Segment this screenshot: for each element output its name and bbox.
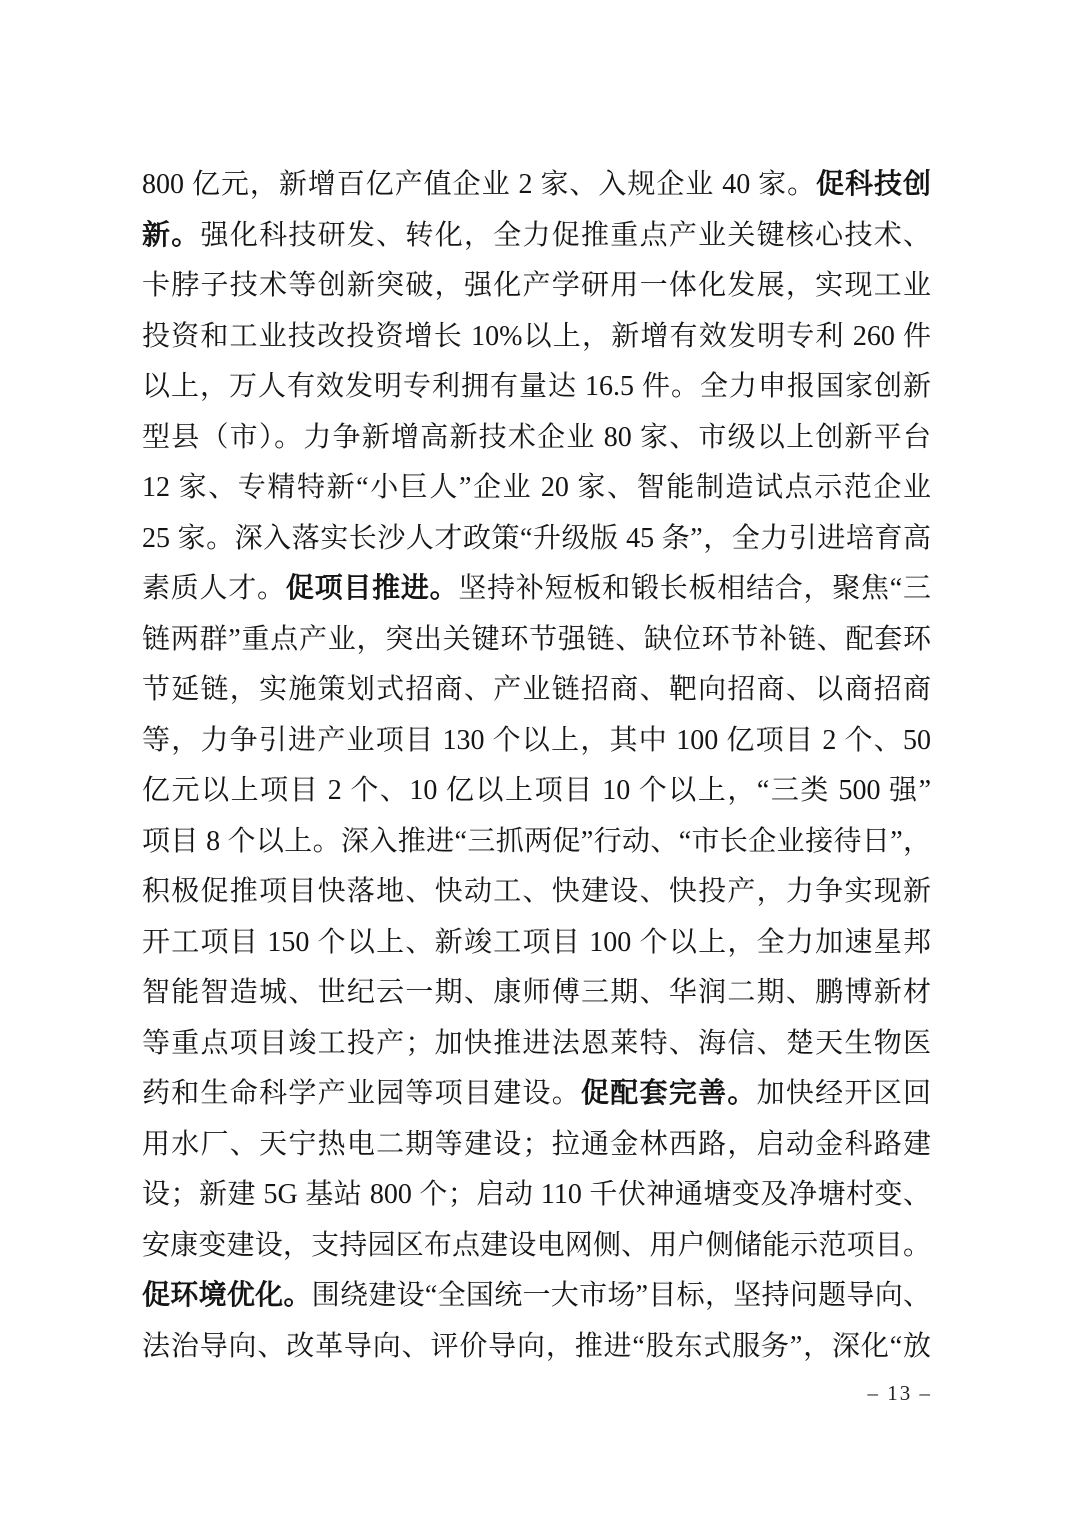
text-run: 积极促推项目快落地、快动工、快建设、快投产，力争实现新 xyxy=(142,876,931,907)
bold-heading-run: 促科技创 xyxy=(816,169,931,200)
text-run: 设；新建 5G 基站 800 个；启动 110 千伏神通塘变及净塘村变、 xyxy=(142,1179,931,1210)
text-line: 安康变建设，支持园区布点建设电网侧、用户侧储能示范项目。 xyxy=(142,1221,931,1272)
text-run: 用水厂、天宁热电二期等建设；拉通金林西路，启动金科路建 xyxy=(142,1129,931,1160)
text-run: 亿元以上项目 2 个、10 亿以上项目 10 个以上，“三类 500 强” xyxy=(142,775,931,806)
text-run: 安康变建设，支持园区布点建设电网侧、用户侧储能示范项目。 xyxy=(142,1230,931,1261)
text-line: 12 家、专精特新“小巨人”企业 20 家、智能制造试点示范企业 xyxy=(142,463,931,514)
text-run: 等，力争引进产业项目 130 个以上，其中 100 亿项目 2 个、50 xyxy=(142,725,931,756)
text-line: 型县（市）。力争新增高新技术企业 80 家、市级以上创新平台 xyxy=(142,413,931,464)
text-line: 等重点项目竣工投产；加快推进法恩莱特、海信、楚天生物医 xyxy=(142,1019,931,1070)
text-run: 等重点项目竣工投产；加快推进法恩莱特、海信、楚天生物医 xyxy=(142,1028,931,1059)
text-run: 卡脖子技术等创新突破，强化产学研用一体化发展，实现工业 xyxy=(142,270,931,301)
text-line: 以上，万人有效发明专利拥有量达 16.5 件。全力申报国家创新 xyxy=(142,362,931,413)
text-line: 25 家。深入落实长沙人才政策“升级版 45 条”，全力引进培育高 xyxy=(142,514,931,565)
text-run: 投资和工业技改投资增长 10%以上，新增有效发明专利 260 件 xyxy=(142,321,931,352)
text-line: 节延链，实施策划式招商、产业链招商、靶向招商、以商招商 xyxy=(142,665,931,716)
text-line: 卡脖子技术等创新突破，强化产学研用一体化发展，实现工业 xyxy=(142,261,931,312)
text-run: 药和生命科学产业园等项目建设。 xyxy=(142,1078,581,1109)
text-run: 坚持补短板和锻长板相结合，聚焦“三 xyxy=(458,573,931,604)
text-run: 加快经开区回 xyxy=(757,1078,931,1109)
document-page: 800 亿元，新增百亿产值企业 2 家、入规企业 40 家。促科技创新。强化科技… xyxy=(0,0,1074,1520)
text-block: 800 亿元，新增百亿产值企业 2 家、入规企业 40 家。促科技创新。强化科技… xyxy=(142,160,931,1372)
bold-heading-run: 新。 xyxy=(142,220,201,251)
text-line: 投资和工业技改投资增长 10%以上，新增有效发明专利 260 件 xyxy=(142,312,931,363)
text-line: 亿元以上项目 2 个、10 亿以上项目 10 个以上，“三类 500 强” xyxy=(142,766,931,817)
text-line: 药和生命科学产业园等项目建设。促配套完善。加快经开区回 xyxy=(142,1069,931,1120)
text-line: 积极促推项目快落地、快动工、快建设、快投产，力争实现新 xyxy=(142,867,931,918)
text-line: 用水厂、天宁热电二期等建设；拉通金林西路，启动金科路建 xyxy=(142,1120,931,1171)
text-line: 800 亿元，新增百亿产值企业 2 家、入规企业 40 家。促科技创 xyxy=(142,160,931,211)
text-run: 以上，万人有效发明专利拥有量达 16.5 件。全力申报国家创新 xyxy=(142,371,931,402)
bold-heading-run: 促配套完善。 xyxy=(581,1078,757,1109)
text-run: 法治导向、改革导向、评价导向，推进“股东式服务”，深化“放 xyxy=(142,1331,931,1362)
text-run: 型县（市）。力争新增高新技术企业 80 家、市级以上创新平台 xyxy=(142,422,931,453)
text-line: 等，力争引进产业项目 130 个以上，其中 100 亿项目 2 个、50 xyxy=(142,716,931,767)
text-run: 节延链，实施策划式招商、产业链招商、靶向招商、以商招商 xyxy=(142,674,931,705)
text-line: 法治导向、改革导向、评价导向，推进“股东式服务”，深化“放 xyxy=(142,1322,931,1373)
text-line: 促环境优化。围绕建设“全国统一大市场”目标，坚持问题导向、 xyxy=(142,1271,931,1322)
text-run: 链两群”重点产业，突出关键环节强链、缺位环节补链、配套环 xyxy=(142,624,931,655)
text-line: 素质人才。促项目推进。坚持补短板和锻长板相结合，聚焦“三 xyxy=(142,564,931,615)
text-run: 素质人才。 xyxy=(142,573,286,604)
text-run: 项目 8 个以上。深入推进“三抓两促”行动、“市长企业接待日”， xyxy=(142,826,931,857)
text-run: 12 家、专精特新“小巨人”企业 20 家、智能制造试点示范企业 xyxy=(142,472,931,503)
text-run: 强化科技研发、转化，全力促推重点产业关键核心技术、 xyxy=(201,220,931,251)
text-run: 围绕建设“全国统一大市场”目标，坚持问题导向、 xyxy=(312,1280,931,1311)
text-line: 新。强化科技研发、转化，全力促推重点产业关键核心技术、 xyxy=(142,211,931,262)
text-line: 智能智造城、世纪云一期、康师傅三期、华润二期、鹏博新材 xyxy=(142,968,931,1019)
text-line: 设；新建 5G 基站 800 个；启动 110 千伏神通塘变及净塘村变、 xyxy=(142,1170,931,1221)
text-run: 25 家。深入落实长沙人才政策“升级版 45 条”，全力引进培育高 xyxy=(142,523,931,554)
text-line: 链两群”重点产业，突出关键环节强链、缺位环节补链、配套环 xyxy=(142,615,931,666)
page-number: – 13 – xyxy=(796,1378,932,1408)
text-run: 800 亿元，新增百亿产值企业 2 家、入规企业 40 家。 xyxy=(142,169,816,200)
text-run: 智能智造城、世纪云一期、康师傅三期、华润二期、鹏博新材 xyxy=(142,977,931,1008)
text-line: 项目 8 个以上。深入推进“三抓两促”行动、“市长企业接待日”， xyxy=(142,817,931,868)
text-run: 开工项目 150 个以上、新竣工项目 100 个以上，全力加速星邦 xyxy=(142,927,931,958)
text-line: 开工项目 150 个以上、新竣工项目 100 个以上，全力加速星邦 xyxy=(142,918,931,969)
bold-heading-run: 促项目推进。 xyxy=(286,573,459,604)
bold-heading-run: 促环境优化。 xyxy=(142,1280,312,1311)
